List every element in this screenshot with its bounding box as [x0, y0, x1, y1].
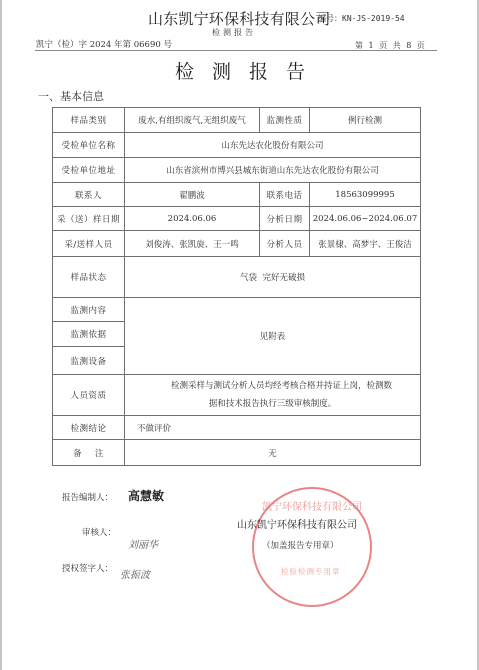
table-row: 受检单位地址 山东省滨州市博兴县城东街道山东先达农化股份有限公司 — [53, 158, 421, 183]
sample-type-value: 废水,有组织废气,无组织废气 — [125, 108, 260, 133]
reviewer-signature: 刘丽华 — [128, 536, 158, 551]
table-row: 检测结论 不做评价 — [53, 416, 421, 440]
personnel-line-1: 检测采样与测试分析人员均经考核合格并持证上岗，检测数 — [127, 377, 418, 395]
report-number: 凯宁（检）字 2024 年第 06690 号 — [36, 38, 172, 50]
table-row: 采（送）样日期 2024.06.06 分析日期 2024.06.06~2024.… — [53, 207, 421, 231]
basic-info-table: 样品类别 废水,有组织废气,无组织废气 监测性质 例行检测 受检单位名称 山东先… — [52, 107, 421, 466]
sample-status-label: 样品状态 — [53, 257, 125, 298]
phone-value: 18563099995 — [310, 183, 421, 207]
sampling-date-value: 2024.06.06 — [125, 207, 260, 231]
subheader: 检测报告 — [212, 27, 256, 38]
sampling-date-label: 采（送）样日期 — [53, 207, 125, 231]
client-name-label: 受检单位名称 — [53, 133, 125, 158]
authorizer-signature: 张振波 — [120, 566, 150, 581]
analysis-date-value: 2024.06.06~2024.06.07 — [310, 207, 421, 231]
compiler-signature: 高慧敏 — [128, 487, 164, 504]
table-row: 样品类别 废水,有组织废气,无组织废气 监测性质 例行检测 — [53, 108, 421, 133]
table-row: 联系人 翟鹏波 联系电话 18563099995 — [53, 183, 421, 207]
samplers-value: 刘俊涛、张凯旋、王一鸣 — [125, 231, 260, 257]
table-row: 人员资质 检测采样与测试分析人员均经考核合格并持证上岗，检测数 据和技术报告执行… — [53, 375, 421, 416]
samplers-label: 采/送样人员 — [53, 231, 125, 257]
contact-label: 联系人 — [53, 183, 125, 207]
client-name-value: 山东先达农化股份有限公司 — [125, 133, 421, 158]
section-title: 一、基本信息 — [38, 88, 104, 104]
stamp-arc-text: 凯宁环保科技有限公司 — [262, 498, 362, 513]
analysis-date-label: 分析日期 — [260, 207, 310, 231]
see-appendix-value: 见附表 — [125, 298, 421, 375]
monitor-nature-value: 例行检测 — [310, 108, 421, 133]
table-row: 备 注 无 — [53, 440, 421, 466]
doc-code: 编号：KN-JS-2019-54 — [318, 13, 405, 24]
personnel-value: 检测采样与测试分析人员均经考核合格并持证上岗，检测数 据和技术报告执行三级审核制… — [125, 375, 421, 416]
contact-value: 翟鹏波 — [125, 183, 260, 207]
monitor-basis-label: 监测依据 — [53, 322, 125, 347]
compiler-label: 报告编制人： — [62, 491, 113, 503]
monitor-equipment-label: 监测设备 — [53, 347, 125, 375]
table-row: 样品状态 气袋 完好无破损 — [53, 257, 421, 298]
page-edge-left — [0, 0, 2, 670]
doc-code-value: KN-JS-2019-54 — [342, 14, 405, 23]
conclusion-value: 不做评价 — [125, 416, 421, 440]
client-address-value: 山东省滨州市博兴县城东街道山东先达农化股份有限公司 — [125, 158, 421, 183]
header-divider — [35, 50, 437, 51]
issuer-name: 山东凯宁环保科技有限公司 — [237, 516, 357, 531]
conclusion-label: 检测结论 — [53, 416, 125, 440]
company-header: 山东凯宁环保科技有限公司 — [148, 8, 330, 29]
doc-code-label: 编号： — [318, 14, 342, 23]
monitor-nature-label: 监测性质 — [260, 108, 310, 133]
personnel-label: 人员资质 — [53, 375, 125, 416]
reviewer-label: 审核人： — [82, 526, 116, 538]
table-row: 受检单位名称 山东先达农化股份有限公司 — [53, 133, 421, 158]
authorizer-label: 授权签字人： — [62, 562, 113, 574]
stamp-bottom-text: 检验检测专用章 — [281, 566, 341, 577]
remarks-value: 无 — [125, 440, 421, 466]
table-row: 采/送样人员 刘俊涛、张凯旋、王一鸣 分析人员 张景棣、高梦宇、王俊洁 — [53, 231, 421, 257]
phone-label: 联系电话 — [260, 183, 310, 207]
remarks-label: 备 注 — [53, 440, 125, 466]
analysts-label: 分析人员 — [260, 231, 310, 257]
sample-type-label: 样品类别 — [53, 108, 125, 133]
personnel-line-2: 据和技术报告执行三级审核制度。 — [127, 395, 418, 413]
analysts-value: 张景棣、高梦宇、王俊洁 — [310, 231, 421, 257]
monitor-content-label: 监测内容 — [53, 298, 125, 322]
sample-status-value: 气袋 完好无破损 — [125, 257, 421, 298]
issuer-note: （加盖报告专用章） — [262, 539, 339, 551]
client-address-label: 受检单位地址 — [53, 158, 125, 183]
table-row: 监测内容 见附表 — [53, 298, 421, 322]
page-title: 检测报告 — [175, 57, 323, 84]
